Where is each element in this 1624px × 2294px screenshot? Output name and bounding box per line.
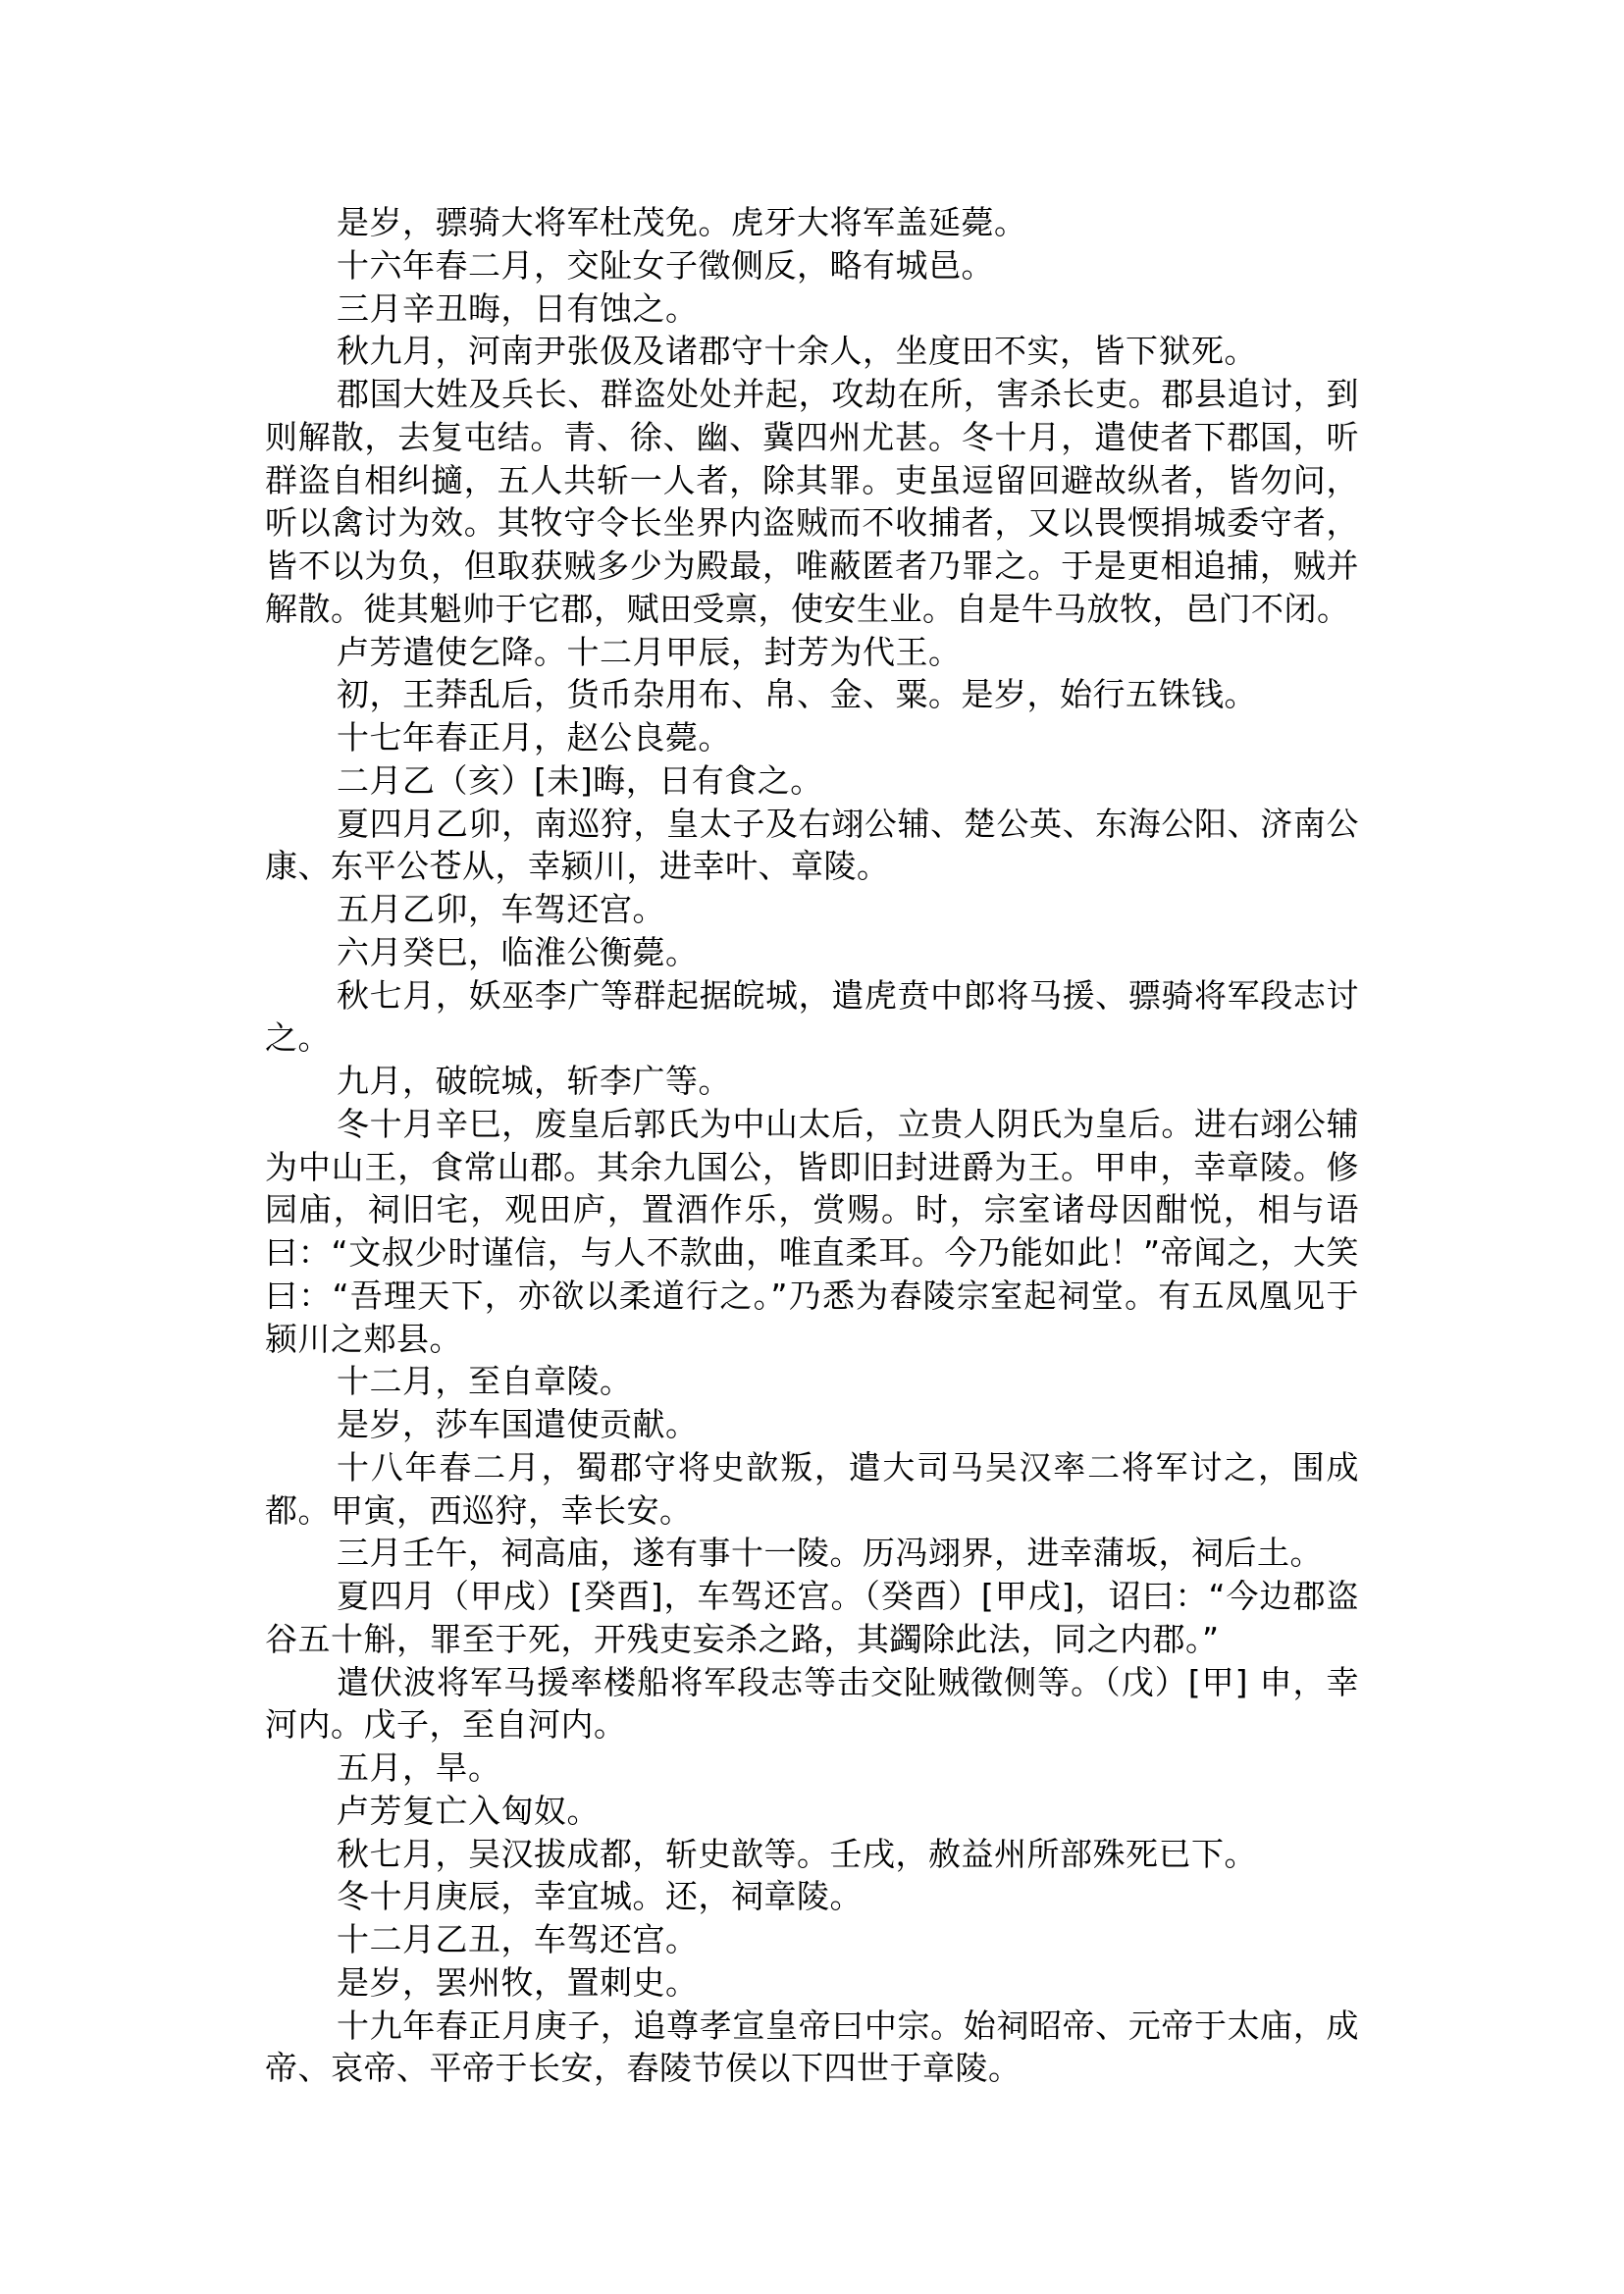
paragraph: 十二月乙丑，车驾还宫。 [265, 1918, 1359, 1961]
paragraph: 秋九月，河南尹张伋及诸郡守十余人，坐度田不实，皆下狱死。 [265, 330, 1359, 373]
paragraph: 十九年春正月庚子，追尊孝宣皇帝曰中宗。始祠昭帝、元帝于太庙，成帝、哀帝、平帝于长… [265, 2005, 1359, 2091]
paragraph: 三月壬午，祠高庙，遂有事十一陵。历冯翊界，进幸蒲坂，祠后土。 [265, 1532, 1359, 1575]
paragraph: 二月乙（亥）[未]晦，日有食之。 [265, 759, 1359, 803]
paragraph: 卢芳遣使乞降。十二月甲辰，封芳为代王。 [265, 631, 1359, 674]
paragraph: 是岁，莎车国遣使贡献。 [265, 1403, 1359, 1446]
paragraph: 夏四月乙卯，南巡狩，皇太子及右翊公辅、楚公英、东海公阳、济南公康、东平公苍从，幸… [265, 803, 1359, 889]
paragraph: 卢芳复亡入匈奴。 [265, 1790, 1359, 1833]
paragraph: 郡国大姓及兵长、群盗处处并起，攻劫在所，害杀长吏。郡县追讨，到则解散，去复屯结。… [265, 373, 1359, 631]
paragraph: 十七年春正月，赵公良薨。 [265, 716, 1359, 759]
paragraph: 五月乙卯，车驾还宫。 [265, 888, 1359, 931]
paragraph: 遣伏波将军马援率楼船将军段志等击交阯贼徵侧等。（戊）[甲] 申，幸河内。戊子，至… [265, 1661, 1359, 1747]
paragraph: 十八年春二月，蜀郡守将史歆叛，遣大司马吴汉率二将军讨之，围成都。甲寅，西巡狩，幸… [265, 1446, 1359, 1533]
paragraph: 秋七月，妖巫李广等群起据皖城，遣虎贲中郎将马援、骠骑将军段志讨之。 [265, 974, 1359, 1061]
document-text-block: 是岁，骠骑大将军杜茂免。虎牙大将军盖延薨。十六年春二月，交阯女子徵侧反，略有城邑… [265, 201, 1359, 2090]
paragraph: 秋七月，吴汉拔成都，斩史歆等。壬戌，赦益州所部殊死已下。 [265, 1833, 1359, 1876]
paragraph: 十六年春二月，交阯女子徵侧反，略有城邑。 [265, 244, 1359, 287]
document-page: 是岁，骠骑大将军杜茂免。虎牙大将军盖延薨。十六年春二月，交阯女子徵侧反，略有城邑… [0, 0, 1624, 2294]
paragraph: 冬十月庚辰，幸宜城。还，祠章陵。 [265, 1875, 1359, 1918]
paragraph: 是岁，骠骑大将军杜茂免。虎牙大将军盖延薨。 [265, 201, 1359, 244]
paragraph: 六月癸巳，临淮公衡薨。 [265, 931, 1359, 974]
paragraph: 夏四月（甲戌）[癸酉]，车驾还宫。（癸酉）[甲戌]，诏曰：“今边郡盗谷五十斛，罪… [265, 1575, 1359, 1661]
paragraph: 十二月，至自章陵。 [265, 1360, 1359, 1403]
paragraph: 九月，破皖城，斩李广等。 [265, 1060, 1359, 1103]
paragraph: 初，王莽乱后，货币杂用布、帛、金、粟。是岁，始行五铢钱。 [265, 673, 1359, 716]
paragraph: 五月，旱。 [265, 1747, 1359, 1790]
paragraph: 三月辛丑晦，日有蚀之。 [265, 287, 1359, 331]
paragraph: 冬十月辛巳，废皇后郭氏为中山太后，立贵人阴氏为皇后。进右翊公辅为中山王，食常山郡… [265, 1103, 1359, 1361]
paragraph: 是岁，罢州牧，置刺史。 [265, 1961, 1359, 2005]
